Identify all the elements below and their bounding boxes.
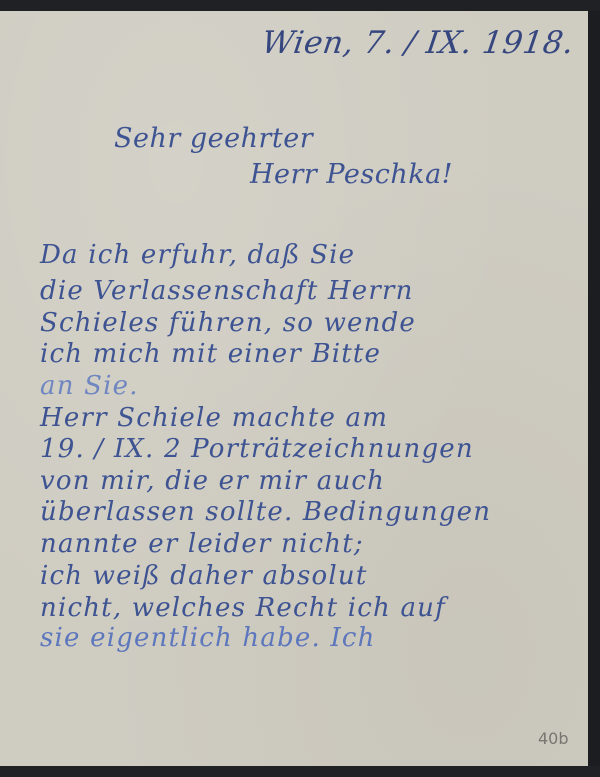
body-line: ich weiß daher absolut — [40, 561, 368, 591]
body-line: Herr Schiele machte am — [40, 403, 388, 433]
body-line: Schieles führen, so wende — [40, 308, 416, 338]
body-line: ich mich mit einer Bitte — [40, 339, 381, 369]
body-line: an Sie. — [40, 371, 139, 401]
body-line: Da ich erfuhr, daß Sie — [40, 240, 355, 270]
body-line: sie eigentlich habe. Ich — [40, 623, 376, 653]
body-line: die Verlassenschaft Herrn — [40, 276, 414, 306]
salutation-line-1: Sehr geehrter — [114, 123, 313, 154]
place-date-heading: Wien, 7. / IX. 1918. — [259, 25, 576, 61]
body-line: überlassen sollte. Bedingungen — [40, 497, 491, 527]
letter-page: Wien, 7. / IX. 1918. Sehr geehrter Herr … — [0, 11, 588, 766]
scan-frame-edge — [588, 11, 600, 766]
body-line: 19. / IX. 2 Porträtzeichnungen — [40, 434, 474, 464]
archive-number: 40b — [538, 729, 569, 748]
body-line: nannte er leider nicht; — [40, 529, 364, 559]
salutation-line-2: Herr Peschka! — [250, 159, 453, 190]
body-line: nicht, welches Recht ich auf — [40, 593, 446, 623]
body-line: von mir, die er mir auch — [40, 466, 385, 496]
